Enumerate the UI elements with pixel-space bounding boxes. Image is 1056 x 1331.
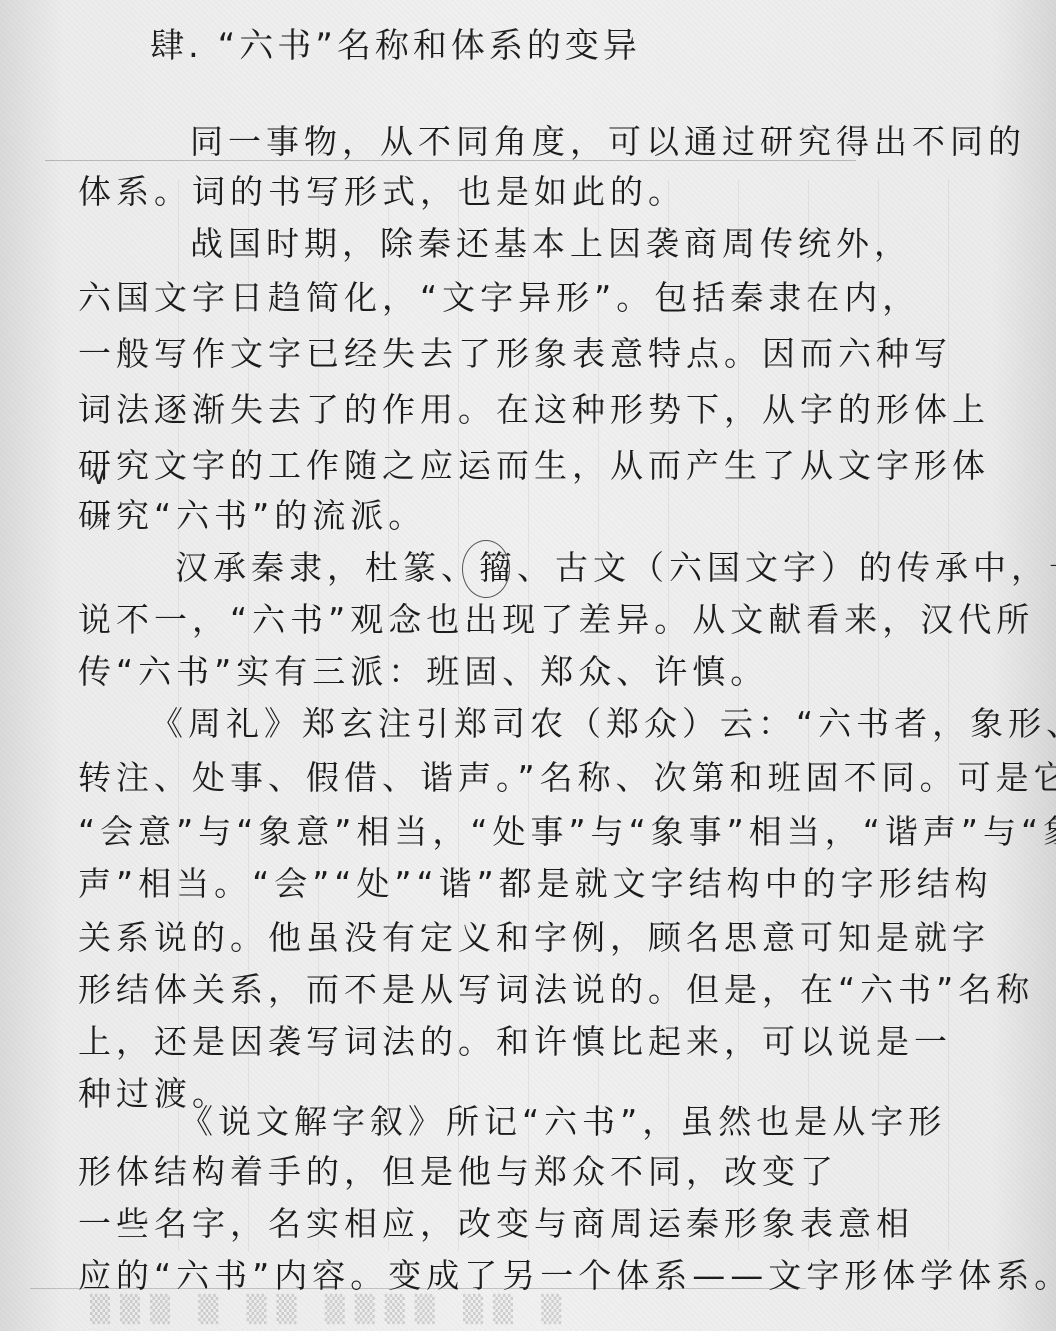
text-line: 词法逐渐失去了的作用。在这种形势下，从字的形体上 (78, 384, 990, 431)
bleed-through-text: ▒▒▒ ▒ ▒▒ ▒▒▒▒ ▒▒ ▒ (90, 1295, 571, 1325)
text-line: 体系。词的书写形式，也是如此的。 (78, 166, 686, 213)
text-line: 形体结构着手的，但是他与郑众不同，改变了 (78, 1146, 838, 1193)
text-line: 六国文字日趋简化，“文字异形”。包括秦隶在内， (78, 272, 920, 319)
text-line: 应的“六书”内容。变成了另一个体系——文字形体学体系。 (78, 1250, 1056, 1297)
text-line: 上，还是因袭写词法的。和许慎比起来，可以说是一 (78, 1016, 952, 1063)
text-line: 研究“六书”的流派。 (78, 490, 426, 537)
text-line: 同一事物，从不同角度，可以通过研究得出不同的 (190, 116, 1026, 163)
text-line: 声”相当。“会”“处”“谐”都是就文字结构中的字形结构 (78, 858, 993, 905)
text-line: 说不一，“六书”观念也出现了差异。从文献看来，汉代所 (78, 594, 1034, 641)
text-line: “会意”与“象意”相当，“处事”与“象事”相当，“谐声”与“象 (78, 806, 1056, 853)
text-line: 一些名字，名实相应，改变与商周运秦形象表意相 (78, 1198, 914, 1245)
inserted-character: 究 (94, 508, 110, 531)
text-line: 传“六书”实有三派：班固、郑众、许慎。 (78, 646, 768, 693)
text-line: 关系说的。他虽没有定义和字例，顾名思意可知是就字 (78, 912, 990, 959)
insert-caret-mark: ∨ (90, 462, 108, 490)
circled-character-mark (462, 540, 510, 598)
text-line: 汉承秦隶，杜篆、籀、古文（六国文字）的传承中，一而 (175, 542, 1056, 589)
text-line: 战国时期，除秦还基本上因袭商周传统外， (190, 218, 912, 265)
text-line: 《说文解字叙》所记“六书”，虽然也是从字形 (180, 1096, 946, 1143)
text-line: 转注、处事、假借、谐声。”名称、次第和班固不同。可是它的 (78, 752, 1056, 799)
text-line: 研究文字的工作随之应运而生，从而产生了从文字形体 (78, 440, 990, 487)
text-line: 一般写作文字已经失去了形象表意特点。因而六种写 (78, 328, 952, 375)
section-title: 肆. “六书”名称和体系的变异 (150, 18, 641, 67)
manuscript-page: 肆. “六书”名称和体系的变异 同一事物，从不同角度，可以通过研究得出不同的 体… (0, 0, 1056, 1331)
text-line: 形结体关系，而不是从写词法说的。但是，在“六书”名称 (78, 964, 1034, 1011)
text-line: 《周礼》郑玄注引郑司农（郑众）云：“六书者，象形、会意、 (150, 698, 1056, 745)
